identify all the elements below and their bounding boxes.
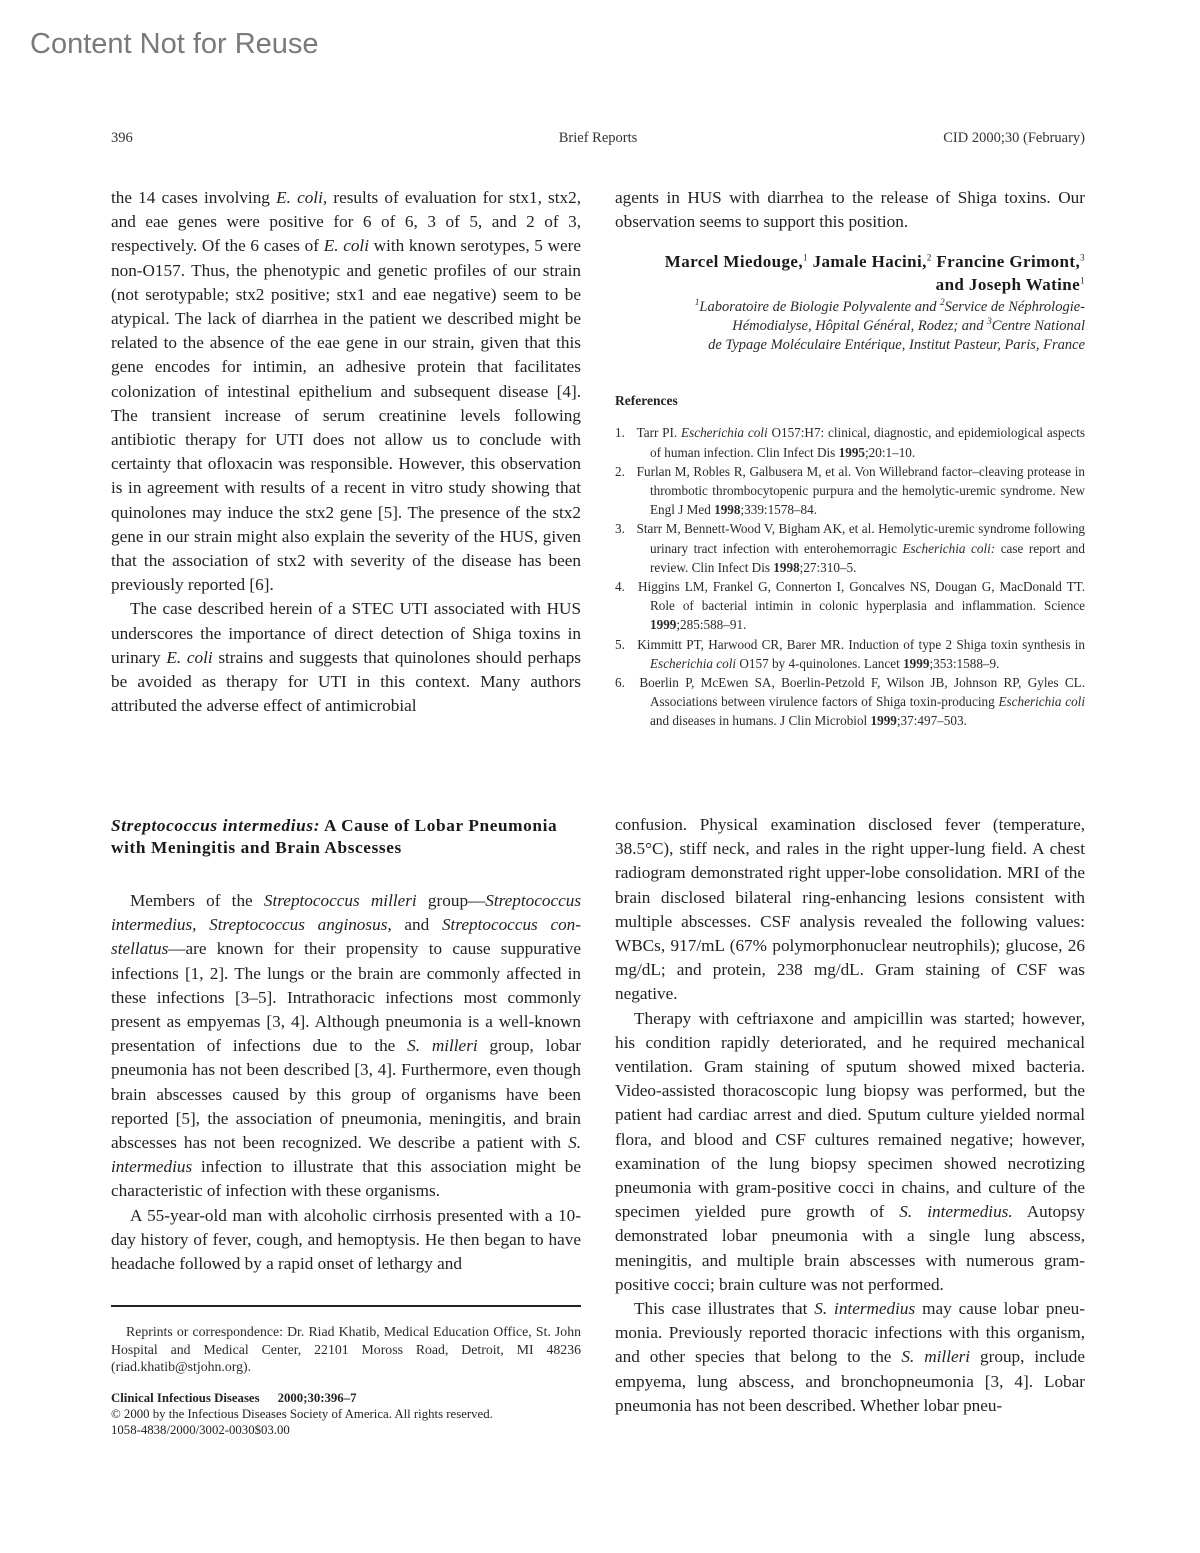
references-heading: References [615, 393, 1085, 409]
author-line-2: and Joseph Watine1 [615, 273, 1085, 296]
exam-paragraph: confusion. Physical examination disclose… [615, 813, 1085, 1007]
prev-article-right-column: agents in HUS with diarrhea to the relea… [615, 186, 1085, 731]
affiliations: 1Laboratoire de Biologie Polyvalente and… [615, 298, 1085, 355]
article-title: Streptococcus intermedius: A Cause of Lo… [111, 815, 581, 859]
watermark: Content Not for Reuse [30, 28, 319, 61]
prev-paragraph-1: the 14 cases involving E. coli, results … [111, 186, 581, 597]
reference-item: 6. Boerlin P, McEwen SA, Boerlin-Petzold… [615, 673, 1085, 731]
new-article-right-column: confusion. Physical examination disclose… [615, 813, 1085, 1418]
case-paragraph: A 55-year-old man with alcoholic cirrhos… [111, 1204, 581, 1277]
reference-item: 5. Kimmitt PT, Harwood CR, Barer MR. Ind… [615, 635, 1085, 673]
author-list: Marcel Miedouge,1 Jamale Hacini,2 Franci… [615, 250, 1085, 296]
reference-list: 1. Tarr PI. Escherichia coli O157:H7: cl… [615, 423, 1085, 730]
section-title: Brief Reports [111, 130, 1085, 147]
therapy-paragraph: Therapy with ceftriaxone and ampicillin … [615, 1007, 1085, 1297]
issn-code: 1058-4838/2000/3002-0030$03.00 [111, 1422, 581, 1438]
prev-paragraph-continued: agents in HUS with diarrhea to the relea… [615, 186, 1085, 234]
running-head: 396 Brief Reports CID 2000;30 (February) [111, 130, 1085, 150]
author-line-1: Marcel Miedouge,1 Jamale Hacini,2 Franci… [615, 250, 1085, 273]
reference-item: 3. Starr M, Bennett-Wood V, Bigham AK, e… [615, 519, 1085, 577]
reference-item: 2. Furlan M, Robles R, Galbusera M, et a… [615, 462, 1085, 520]
intro-paragraph: Members of the Streptococcus milleri gro… [111, 889, 581, 1204]
footnote-block: Reprints or correspondence: Dr. Riad Kha… [111, 1323, 581, 1438]
copyright-notice: © 2000 by the Infectious Diseases Societ… [111, 1406, 581, 1422]
discussion-paragraph: This case illustrates that S. intermediu… [615, 1297, 1085, 1418]
journal-issue: CID 2000;30 (February) [943, 130, 1085, 147]
journal-citation: Clinical Infectious Diseases2000;30:396–… [111, 1390, 581, 1406]
prev-article-left-column: the 14 cases involving E. coli, results … [111, 186, 581, 718]
prev-paragraph-2: The case described herein of a STEC UTI … [111, 597, 581, 718]
footnote-divider [111, 1305, 581, 1307]
correspondence-note: Reprints or correspondence: Dr. Riad Kha… [111, 1323, 581, 1376]
reference-item: 1. Tarr PI. Escherichia coli O157:H7: cl… [615, 423, 1085, 461]
reference-item: 4. Higgins LM, Frankel G, Connerton I, G… [615, 577, 1085, 635]
new-article-left-column: Streptococcus intermedius: A Cause of Lo… [111, 815, 581, 1276]
